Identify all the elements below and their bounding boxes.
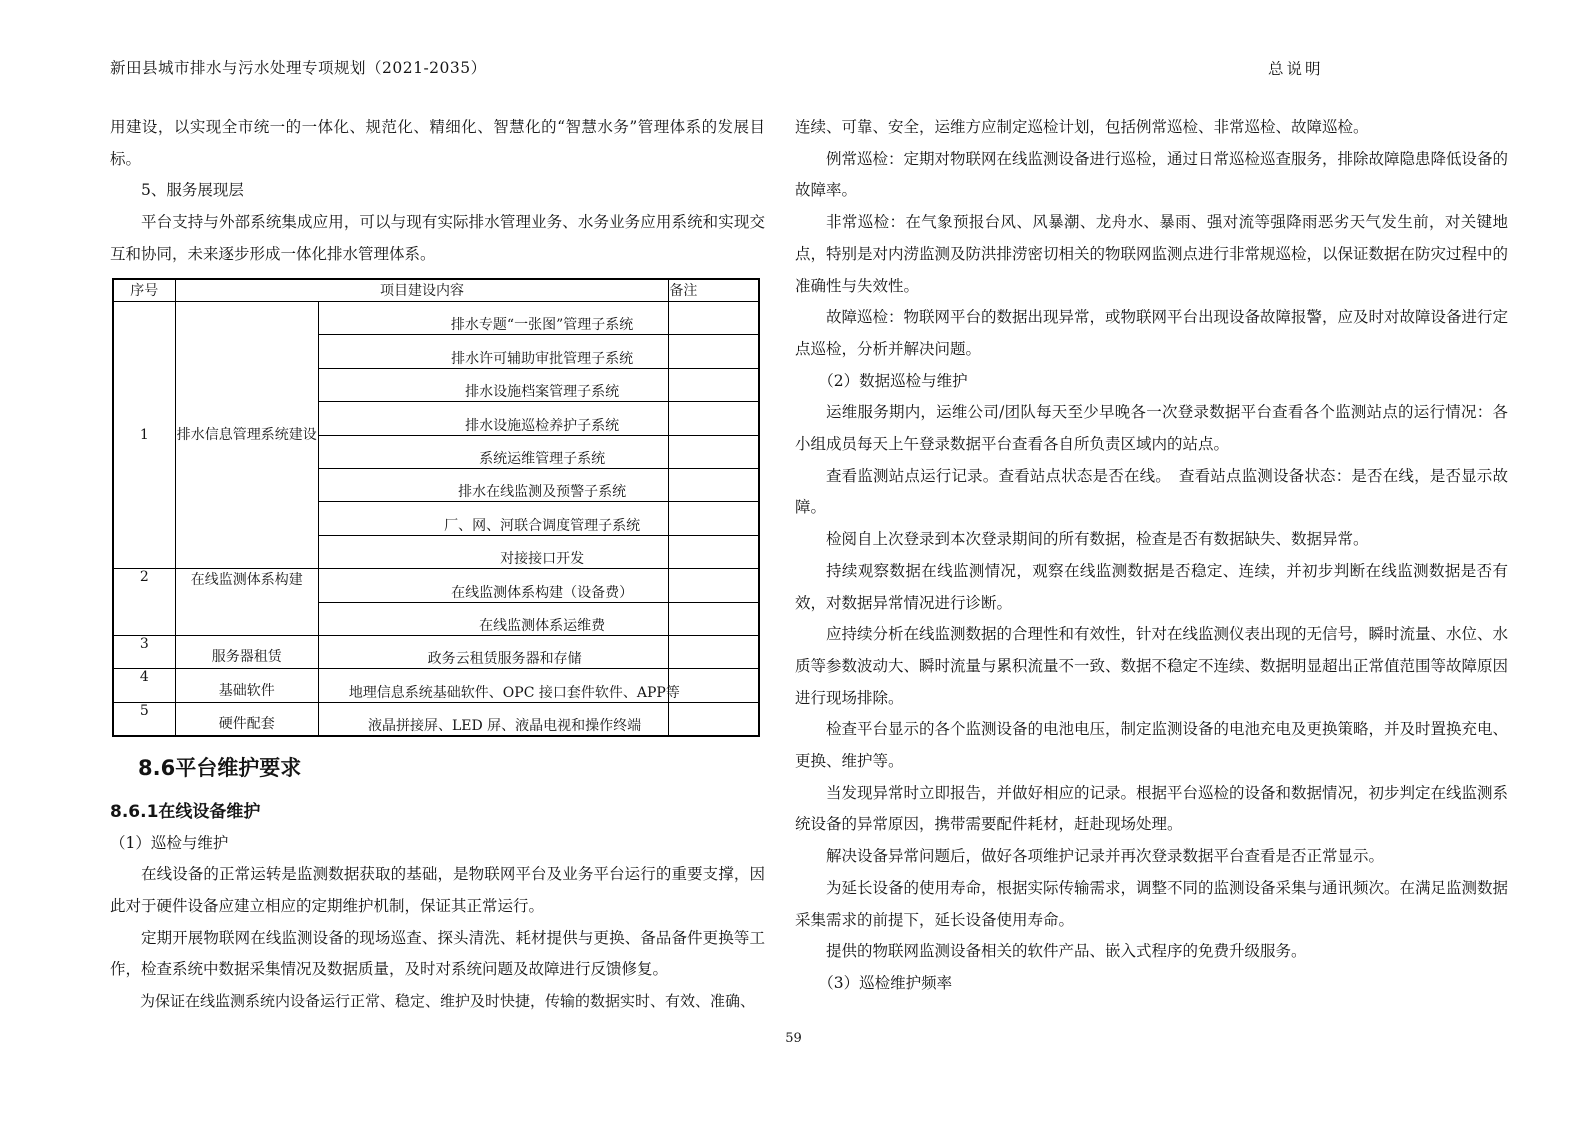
paragraph: 运维服务期内，运维公司/团队每天至少早晚各一次登录数据平台查看各个监测站点的运行… — [795, 397, 1508, 460]
category-cell: 排水信息管理系统建设 — [175, 302, 318, 569]
table-row: 1 排水信息管理系统建设 排水专题“一张图”管理子系统 — [113, 302, 759, 335]
paragraph: 非常巡检：在气象预报台风、风暴潮、龙舟水、暴雨、强对流等强降雨恶劣天气发生前，对… — [795, 207, 1508, 302]
category-cell: 在线监测体系构建 — [175, 569, 318, 636]
paragraph: 提供的物联网监测设备相关的软件产品、嵌入式程序的免费升级服务。 — [795, 936, 1508, 968]
table-header-no: 序号 — [113, 279, 175, 302]
remark-cell — [669, 569, 759, 602]
section-heading: 8.6平台维护要求 — [138, 752, 765, 782]
remark-cell — [669, 635, 759, 668]
table-row: 2 在线监测体系构建 在线监测体系构建（设备费） — [113, 569, 759, 602]
paragraph: 在线设备的正常运转是监测数据获取的基础，是物联网平台及业务平台运行的重要支撑，因… — [110, 859, 765, 922]
left-column: 用建设，以实现全市统一的一体化、规范化、精细化、智慧化的“智慧水务”管理体系的发… — [110, 112, 765, 1018]
subsection-heading: 8.6.1在线设备维护 — [110, 797, 765, 822]
remark-cell — [669, 702, 759, 735]
item-cell: 排水许可辅助审批管理子系统 — [318, 335, 669, 368]
item-cell: 地理信息系统基础软件、OPC 接口套件软件、APP等 — [318, 669, 669, 702]
row-number-cell: 4 — [113, 669, 175, 702]
paragraph: 查看监测站点运行记录。查看站点状态是否在线。 查看站点监测设备状态：是否在线，是… — [795, 461, 1508, 524]
remark-cell — [669, 602, 759, 635]
category-cell: 硬件配套 — [175, 702, 318, 735]
project-table: 序号 项目建设内容 备注 1 排水信息管理系统建设 排水专题“一张图”管理子系统… — [112, 278, 760, 737]
paragraph: 连续、可靠、安全，运维方应制定巡检计划，包括例常巡检、非常巡检、故障巡检。 — [795, 112, 1508, 144]
paragraph: 5、服务展现层 — [110, 175, 765, 207]
paragraph: 应持续分析在线监测数据的合理性和有效性，针对在线监测仪表出现的无信号，瞬时流量、… — [795, 619, 1508, 714]
right-column: 连续、可靠、安全，运维方应制定巡检计划，包括例常巡检、非常巡检、故障巡检。 例常… — [795, 112, 1508, 1000]
paragraph: 平台支持与外部系统集成应用，可以与现有实际排水管理业务、水务业务应用系统和实现交… — [110, 207, 765, 270]
item-cell: 排水设施巡检养护子系统 — [318, 402, 669, 435]
row-number-cell: 1 — [113, 302, 175, 569]
remark-cell — [669, 335, 759, 368]
paragraph: （3）巡检维护频率 — [795, 968, 1508, 1000]
item-cell: 政务云租赁服务器和存储 — [318, 635, 669, 668]
table-row: 3 服务器租赁 政务云租赁服务器和存储 — [113, 635, 759, 668]
paragraph: （2）数据巡检与维护 — [795, 366, 1508, 398]
table-row: 4 基础软件 地理信息系统基础软件、OPC 接口套件软件、APP等 — [113, 669, 759, 702]
item-cell: 排水专题“一张图”管理子系统 — [318, 302, 669, 335]
table-row: 5 硬件配套 液晶拼接屏、LED 屏、液晶电视和操作终端 — [113, 702, 759, 735]
paragraph: 故障巡检：物联网平台的数据出现异常，或物联网平台出现设备故障报警，应及时对故障设… — [795, 302, 1508, 365]
table-header-remark: 备注 — [669, 279, 759, 302]
paragraph: 用建设，以实现全市统一的一体化、规范化、精细化、智慧化的“智慧水务”管理体系的发… — [110, 112, 765, 175]
item-cell: 排水设施档案管理子系统 — [318, 368, 669, 401]
remark-cell — [669, 468, 759, 501]
paragraph: 当发现异常时立即报告，并做好相应的记录。根据平台巡检的设备和数据情况，初步判定在… — [795, 778, 1508, 841]
remark-cell — [669, 669, 759, 702]
item-cell: 在线监测体系运维费 — [318, 602, 669, 635]
paragraph: 检查平台显示的各个监测设备的电池电压，制定监测设备的电池充电及更换策略，并及时置… — [795, 714, 1508, 777]
paragraph: 为保证在线监测系统内设备运行正常、稳定、维护及时快捷，传输的数据实时、有效、准确… — [110, 986, 765, 1018]
item-cell: 系统运维管理子系统 — [318, 435, 669, 468]
remark-cell — [669, 502, 759, 535]
remark-cell — [669, 368, 759, 401]
page-number: 59 — [0, 1031, 1587, 1046]
remark-cell — [669, 435, 759, 468]
item-cell: 液晶拼接屏、LED 屏、液晶电视和操作终端 — [318, 702, 669, 735]
document-section-label: 总说明 — [1268, 57, 1324, 79]
row-number-cell: 3 — [113, 635, 175, 668]
remark-cell — [669, 302, 759, 335]
document-page: 新田县城市排水与污水处理专项规划（2021-2035） 总说明 用建设，以实现全… — [0, 0, 1587, 1122]
paragraph: 解决设备异常问题后，做好各项维护记录并再次登录数据平台查看是否正常显示。 — [795, 841, 1508, 873]
table-header-content: 项目建设内容 — [175, 279, 669, 302]
paragraph: （1）巡检与维护 — [110, 828, 765, 860]
paragraph: 为延长设备的使用寿命，根据实际传输需求，调整不同的监测设备采集与通讯频次。在满足… — [795, 873, 1508, 936]
paragraph: 检阅自上次登录到本次登录期间的所有数据，检查是否有数据缺失、数据异常。 — [795, 524, 1508, 556]
category-cell: 基础软件 — [175, 669, 318, 702]
paragraph: 定期开展物联网在线监测设备的现场巡查、探头清洗、耗材提供与更换、备品备件更换等工… — [110, 923, 765, 986]
row-number-cell: 5 — [113, 702, 175, 735]
item-cell: 在线监测体系构建（设备费） — [318, 569, 669, 602]
remark-cell — [669, 535, 759, 568]
paragraph: 例常巡检：定期对物联网在线监测设备进行巡检，通过日常巡检巡查服务，排除故障隐患降… — [795, 144, 1508, 207]
document-title: 新田县城市排水与污水处理专项规划（2021-2035） — [110, 56, 487, 78]
paragraph: 持续观察数据在线监测情况，观察在线监测数据是否稳定、连续，并初步判断在线监测数据… — [795, 556, 1508, 619]
item-cell: 对接接口开发 — [318, 535, 669, 568]
row-number-cell: 2 — [113, 569, 175, 636]
remark-cell — [669, 402, 759, 435]
table-header-row: 序号 项目建设内容 备注 — [113, 279, 759, 302]
item-cell: 排水在线监测及预警子系统 — [318, 468, 669, 501]
item-cell: 厂、网、河联合调度管理子系统 — [318, 502, 669, 535]
category-cell: 服务器租赁 — [175, 635, 318, 668]
